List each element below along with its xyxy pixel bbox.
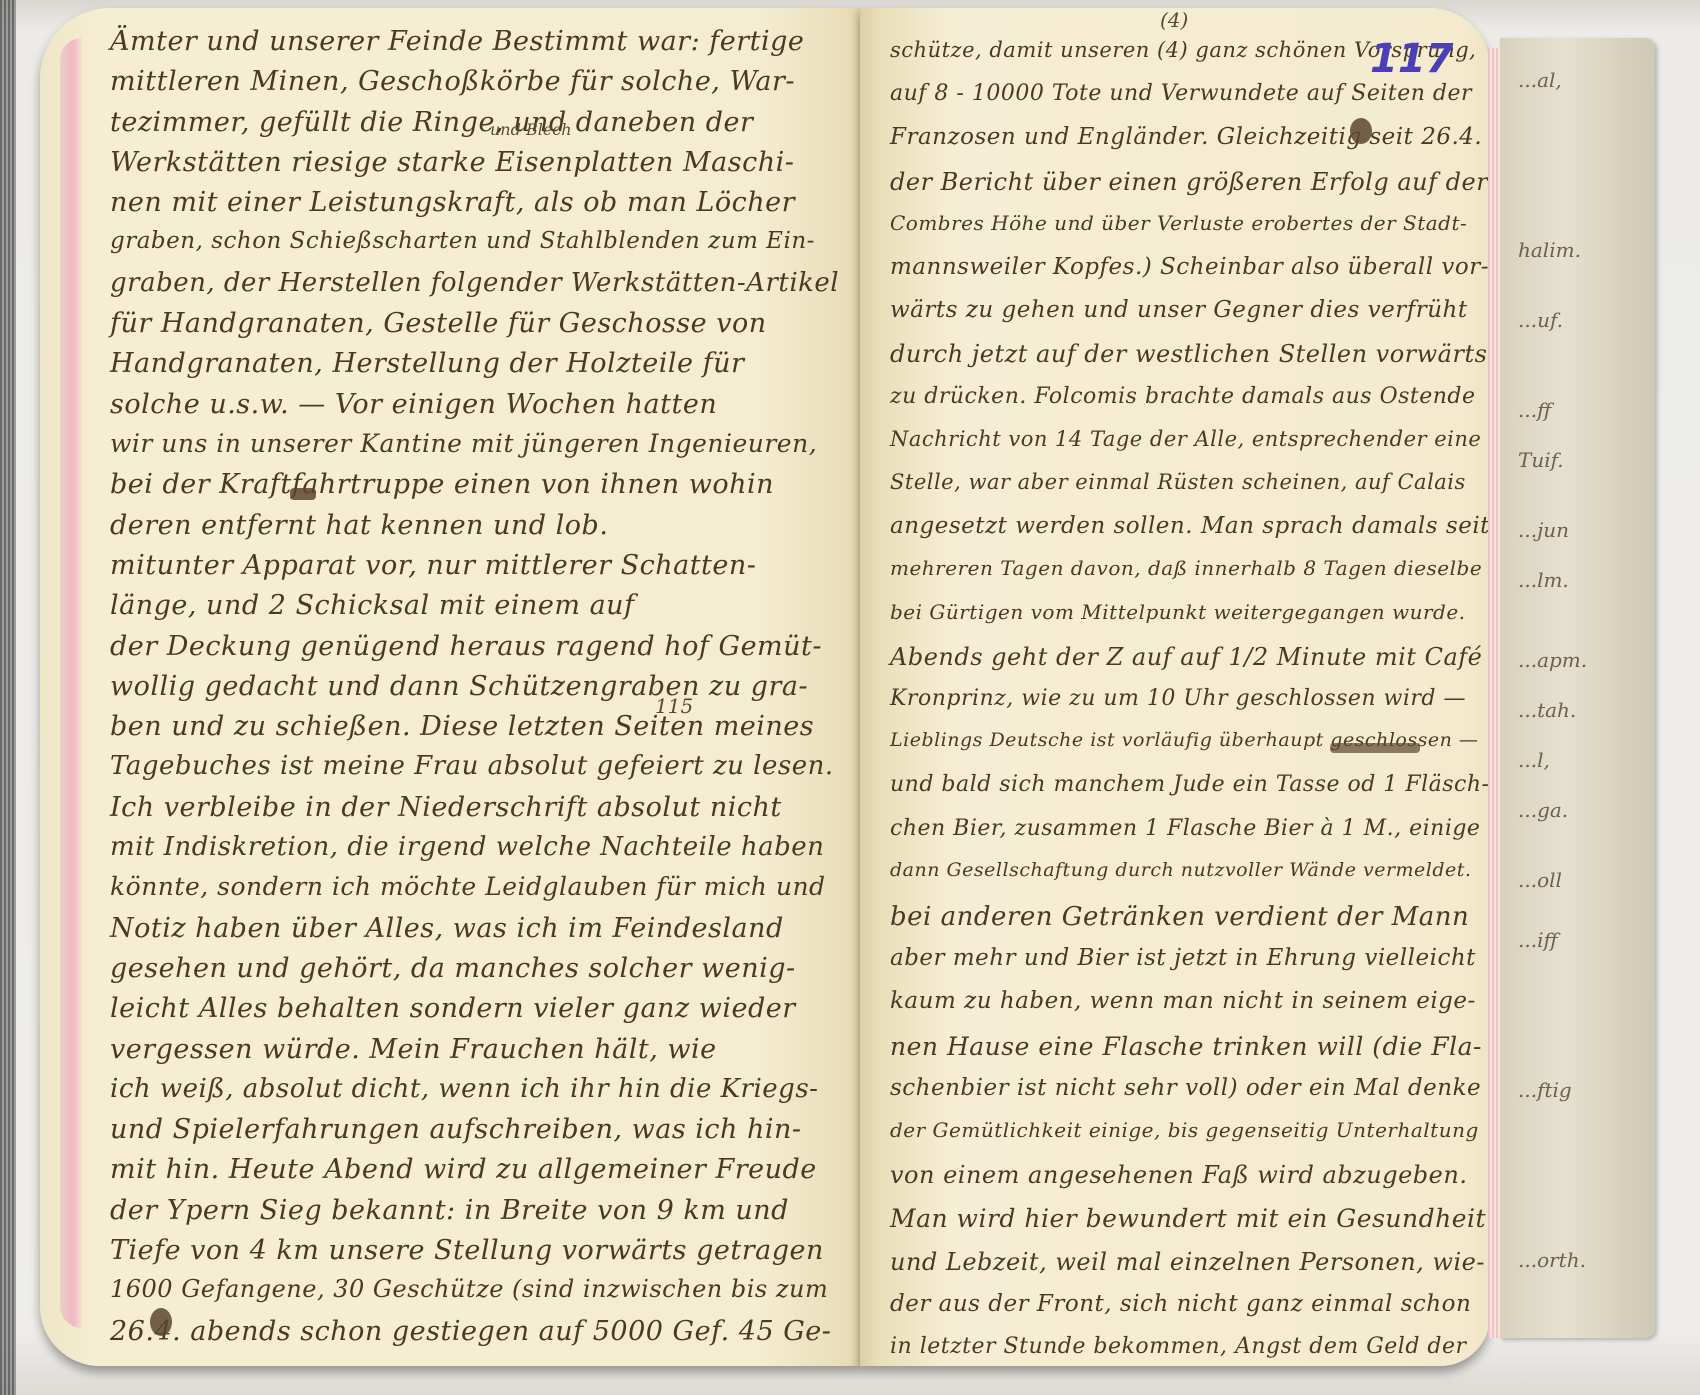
handwritten-line: Ämter und unserer Feinde Bestimmt war: f… bbox=[110, 26, 840, 57]
handwritten-line: Man wird hier bewundert mit ein Gesundhe… bbox=[890, 1204, 1490, 1233]
handwritten-line: mannsweiler Kopfes.) Scheinbar also über… bbox=[890, 254, 1490, 280]
back-page-fragment: ...l, bbox=[1518, 748, 1550, 772]
handwritten-line: durch jetzt auf der westlichen Stellen v… bbox=[890, 340, 1490, 368]
handwritten-line: mehreren Tagen davon, daß innerhalb 8 Ta… bbox=[890, 556, 1490, 580]
back-page-fragment: Tuif. bbox=[1518, 448, 1564, 472]
handwritten-line: nen mit einer Leistungskraft, als ob man… bbox=[110, 187, 840, 218]
scanner-edge-strip bbox=[0, 0, 16, 1395]
back-page-fragment: ...ga. bbox=[1518, 798, 1568, 822]
open-notebook: ...al, halim. ...uf. ...ff Tuif. ...jun … bbox=[40, 8, 1660, 1378]
handwritten-line: Abends geht der Z auf auf 1/2 Minute mit… bbox=[890, 643, 1490, 671]
handwritten-line: Handgranaten, Herstellung der Holzteile … bbox=[110, 348, 840, 379]
handwritten-line: Tiefe von 4 km unsere Stellung vorwärts … bbox=[110, 1235, 840, 1266]
handwritten-line: vergessen würde. Mein Frauchen hält, wie bbox=[110, 1034, 840, 1065]
handwritten-line: der Deckung genügend heraus ragend hof G… bbox=[110, 631, 840, 662]
handwritten-line: der Ypern Sieg bekannt: in Breite von 9 … bbox=[110, 1195, 840, 1226]
handwritten-line: mittleren Minen, Geschoßkörbe für solche… bbox=[110, 66, 840, 97]
handwritten-line: wollig gedacht und dann Schützengraben z… bbox=[110, 671, 840, 702]
handwritten-line: mit hin. Heute Abend wird zu allgemeiner… bbox=[110, 1154, 840, 1185]
handwritten-line: Werkstätten riesige starke Eisenplatten … bbox=[110, 147, 840, 178]
handwritten-line: der Bericht über einen größeren Erfolg a… bbox=[890, 168, 1490, 196]
handwritten-line: Combres Höhe und über Verluste erobertes… bbox=[890, 211, 1490, 235]
handwritten-line: deren entfernt hat kennen und lob. bbox=[110, 510, 840, 541]
left-page: Ämter und unserer Feinde Bestimmt war: f… bbox=[40, 8, 860, 1366]
handwritten-line: Notiz haben über Alles, was ich im Feind… bbox=[110, 913, 840, 944]
handwritten-line: und Spielerfahrungen aufschreiben, was i… bbox=[110, 1114, 840, 1145]
handwritten-line: Franzosen und Engländer. Gleichzeitig se… bbox=[890, 124, 1490, 150]
handwritten-line: graben, schon Schießscharten und Stahlbl… bbox=[110, 228, 840, 254]
ink-blot bbox=[290, 488, 316, 500]
page-edge-pink bbox=[60, 38, 82, 1328]
back-page-fragment: ...lm. bbox=[1518, 568, 1569, 592]
right-page: schütze, damit unseren (4) ganz schönen … bbox=[860, 8, 1490, 1366]
handwritten-line: tezimmer, gefüllt die Ringe, und daneben… bbox=[110, 107, 840, 138]
handwritten-line: bei anderen Getränken verdient der Mann bbox=[890, 902, 1490, 932]
handwritten-line: solche u.s.w. — Vor einigen Wochen hatte… bbox=[110, 389, 840, 420]
ink-blot bbox=[150, 1308, 172, 1336]
back-page-fragment: ...apm. bbox=[1518, 648, 1587, 672]
page-edge-pink-right bbox=[1488, 48, 1500, 1338]
handwritten-line: wärts zu gehen und unser Gegner dies ver… bbox=[890, 297, 1490, 323]
back-page-fragment: ...orth. bbox=[1518, 1248, 1586, 1272]
handwritten-line: Tagebuches ist meine Frau absolut gefeie… bbox=[110, 751, 840, 781]
handwritten-line: leicht Alles behalten sondern vieler gan… bbox=[110, 993, 840, 1024]
handwritten-line: könnte, sondern ich möchte Leidglauben f… bbox=[110, 872, 840, 901]
handwritten-line: angesetzt werden sollen. Man sprach dama… bbox=[890, 513, 1490, 539]
strikethrough-blot bbox=[1330, 743, 1420, 753]
page-number-stamp: 117 bbox=[1370, 36, 1454, 82]
handwritten-line: in letzter Stunde bekommen, Angst dem Ge… bbox=[890, 1334, 1490, 1359]
back-page-fragment: ...uf. bbox=[1518, 308, 1563, 332]
handwritten-line: der aus der Front, sich nicht ganz einma… bbox=[890, 1291, 1490, 1317]
ink-blot bbox=[1350, 118, 1372, 144]
handwritten-line: mit Indiskretion, die irgend welche Nach… bbox=[110, 832, 840, 862]
margin-note-115: 115 bbox=[655, 694, 693, 718]
handwritten-line: und Lebzeit, weil mal einzelnen Personen… bbox=[890, 1248, 1490, 1276]
back-page-fragment: halim. bbox=[1518, 238, 1581, 262]
handwritten-line: bei Gürtigen vom Mittelpunkt weitergegan… bbox=[890, 600, 1490, 624]
handwritten-line: Ich verbleibe in der Niederschrift absol… bbox=[110, 792, 840, 823]
handwritten-line: von einem angesehenen Faß wird abzugeben… bbox=[890, 1161, 1490, 1189]
back-page-edge: ...al, halim. ...uf. ...ff Tuif. ...jun … bbox=[1500, 38, 1655, 1338]
handwritten-line: zu drücken. Folcomis brachte damals aus … bbox=[890, 384, 1490, 409]
interlinear-note-4: (4) bbox=[1160, 8, 1188, 32]
handwritten-line: nen Hause eine Flasche trinken will (die… bbox=[890, 1032, 1490, 1061]
handwritten-line: Nachricht von 14 Tage der Alle, entsprec… bbox=[890, 427, 1490, 451]
handwritten-line: graben, der Herstellen folgender Werkstä… bbox=[110, 268, 840, 298]
handwritten-line: schenbier ist nicht sehr voll) oder ein … bbox=[890, 1075, 1490, 1101]
back-page-fragment: ...ff bbox=[1518, 398, 1551, 422]
handwritten-line: aber mehr und Bier ist jetzt in Ehrung v… bbox=[890, 945, 1490, 971]
handwritten-line: chen Bier, zusammen 1 Flasche Bier à 1 M… bbox=[890, 816, 1490, 841]
handwritten-line: Kronprinz, wie zu um 10 Uhr geschlossen … bbox=[890, 686, 1490, 711]
handwritten-line: wir uns in unserer Kantine mit jüngeren … bbox=[110, 429, 840, 458]
back-page-fragment: ...jun bbox=[1518, 518, 1569, 542]
handwritten-line: und bald sich manchem Jude ein Tasse od … bbox=[890, 772, 1490, 797]
handwritten-line: bei der Kraftfahrtruppe einen von ihnen … bbox=[110, 469, 840, 500]
handwritten-line: für Handgranaten, Gestelle für Geschosse… bbox=[110, 308, 840, 339]
handwritten-line: länge, und 2 Schicksal mit einem auf bbox=[110, 590, 840, 621]
handwritten-line: der Gemütlichkeit einige, bis gegenseiti… bbox=[890, 1118, 1490, 1142]
interlinear-note: und Blech bbox=[490, 120, 572, 139]
handwritten-line: auf 8 - 10000 Tote und Verwundete auf Se… bbox=[890, 81, 1490, 106]
handwritten-line: 1600 Gefangene, 30 Geschütze (sind inzwi… bbox=[110, 1275, 840, 1303]
back-page-fragment: ...al, bbox=[1518, 68, 1562, 92]
handwritten-line: mitunter Apparat vor, nur mittlerer Scha… bbox=[110, 550, 840, 581]
handwritten-line: 26.4. abends schon gestiegen auf 5000 Ge… bbox=[110, 1316, 840, 1347]
back-page-fragment: ...iff bbox=[1518, 928, 1558, 952]
handwritten-line: gesehen und gehört, da manches solcher w… bbox=[110, 953, 840, 984]
handwritten-line: ben und zu schießen. Diese letzten Seite… bbox=[110, 711, 840, 742]
handwritten-line: kaum zu haben, wenn man nicht in seinem … bbox=[890, 988, 1490, 1014]
handwritten-line: ich weiß, absolut dicht, wenn ich ihr hi… bbox=[110, 1074, 840, 1104]
handwritten-line: Stelle, war aber einmal Rüsten scheinen,… bbox=[890, 470, 1490, 494]
handwritten-line: dann Gesellschaftung durch nutzvoller Wä… bbox=[890, 859, 1490, 881]
back-page-fragment: ...tah. bbox=[1518, 698, 1576, 722]
back-page-fragment: ...ftig bbox=[1518, 1078, 1572, 1102]
back-page-fragment: ...oll bbox=[1518, 868, 1562, 892]
